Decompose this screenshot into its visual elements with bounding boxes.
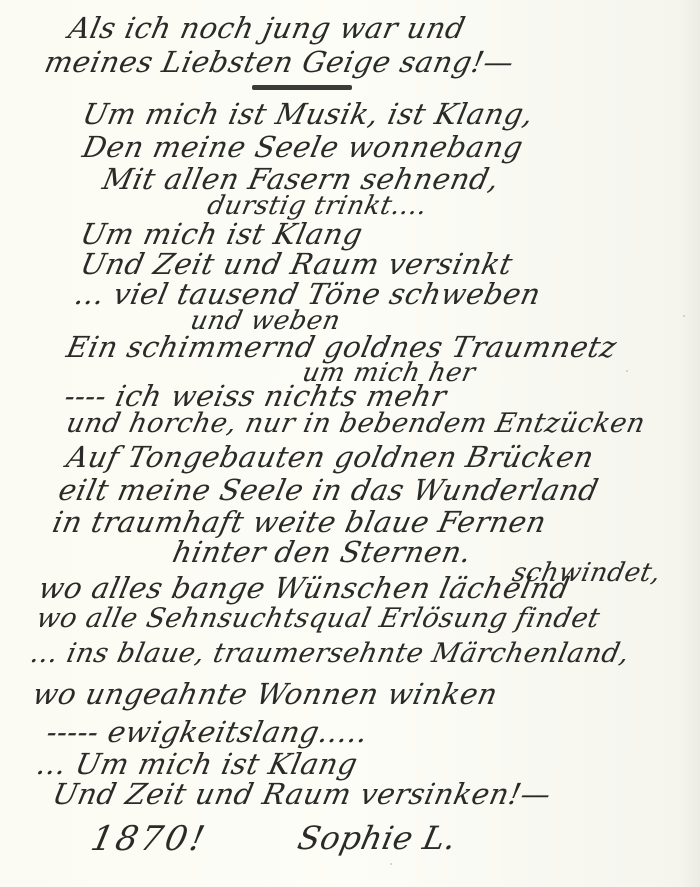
poem-line: Den meine Seele wonnebang (80, 133, 526, 162)
paper-speck (683, 315, 685, 317)
poem-line: Auf Tongebauten goldnen Brücken (64, 443, 597, 472)
signature: Sophie L. (295, 822, 459, 854)
poem-line: hinter den Sternen. (170, 538, 474, 567)
poem-line: Mit allen Fasern sehnend, (100, 165, 502, 194)
poem-line: ... viel tausend Töne schweben (72, 280, 543, 309)
poem-line: und horche, nur in bebendem Entzücken (64, 410, 648, 437)
poem-line: Um mich ist Klang (78, 220, 365, 249)
poem-line: ---- ich weiss nichts mehr (62, 382, 449, 411)
poem-line: Und Zeit und Raum versinken!— (50, 780, 554, 809)
poem-line: ... Um mich ist Klang (34, 750, 360, 779)
poem-line: Und Zeit und Raum versinkt (78, 250, 515, 279)
paper-speck (390, 863, 392, 865)
date-text: 1870! (88, 822, 210, 856)
poem-line: in traumhaft weite blaue Fernen (50, 508, 549, 537)
poem-line: ----- ewigkeitslang..... (44, 718, 371, 747)
poem-line: wo alle Sehnsuchtsqual Erlösung findet (34, 605, 602, 632)
poem-line: ... ins blaue, traumersehnte Märchenland… (28, 640, 632, 667)
paper-speck (626, 370, 628, 372)
poem-line: wo alles bange Wünschen lächelnd (36, 574, 572, 603)
poem-line: Als ich noch jung war und (66, 14, 468, 43)
handwritten-page: Als ich noch jung war und meines Liebste… (0, 0, 700, 887)
underline-stroke (252, 85, 352, 90)
poem-line: eilt meine Seele in das Wunderland (56, 476, 601, 505)
poem-line: meines Liebsten Geige sang!— (42, 48, 517, 77)
poem-line: Um mich ist Musik, ist Klang, (80, 100, 536, 129)
poem-line: durstig trinkt.... (205, 193, 430, 219)
poem-line: wo ungeahnte Wonnen winken (30, 680, 500, 709)
